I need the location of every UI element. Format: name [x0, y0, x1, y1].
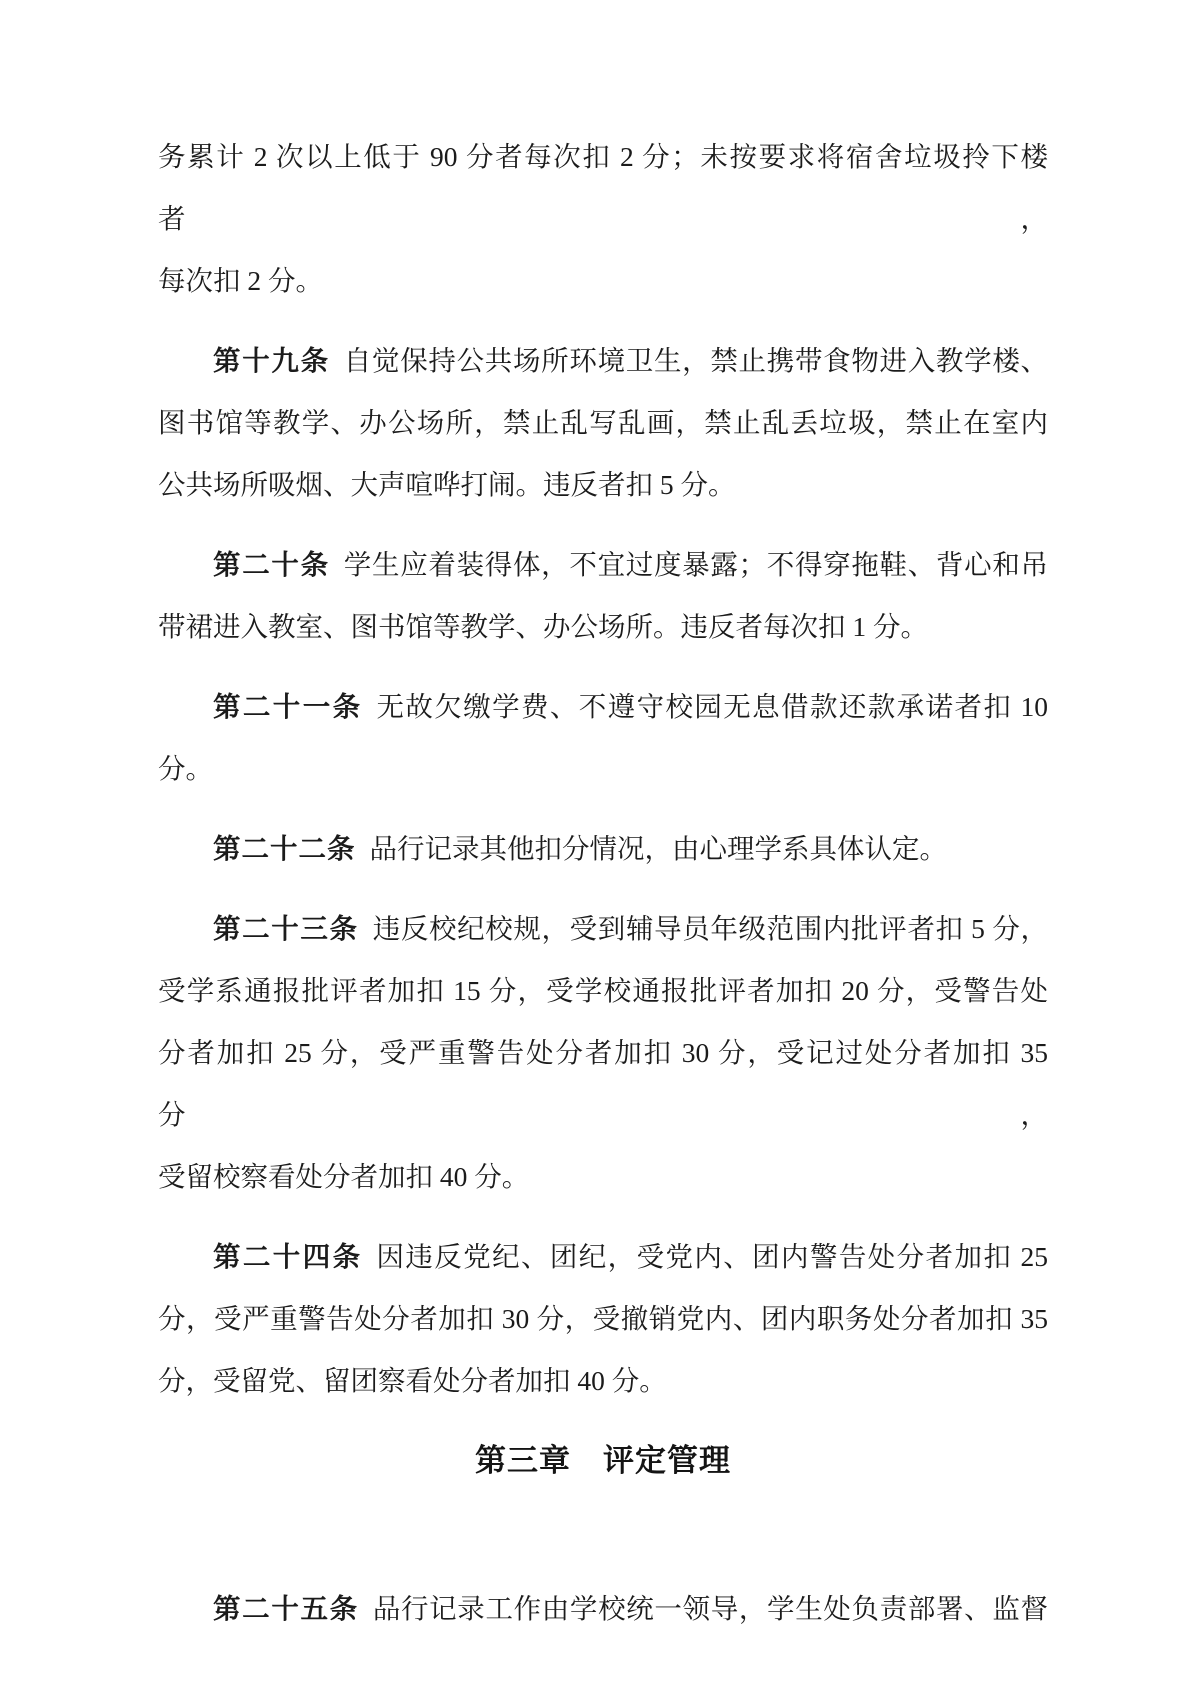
paragraph: 第二十三条违反校纪校规，受到辅导员年级范围内批评者扣 5 分，受学系通报批评者加… — [158, 898, 1048, 1208]
text-line: 第二十四条因违反党纪、团纪，受党内、团内警告处分者加扣 25 — [158, 1226, 1048, 1288]
article-number-label: 第二十五条 — [213, 1593, 359, 1624]
text-line: 带裙进入教室、图书馆等教学、办公场所。违反者每次扣 1 分。 — [158, 596, 1048, 658]
article-number-label: 第二十条 — [213, 549, 330, 580]
text-line: 公共场所吸烟、大声喧哗打闹。违反者扣 5 分。 — [158, 454, 1048, 516]
chapter-heading: 第三章 评定管理 — [158, 1430, 1048, 1492]
article-number-label: 第十九条 — [213, 345, 330, 376]
text-line: 分，受留党、留团察看处分者加扣 40 分。 — [158, 1350, 1048, 1412]
paragraph: 第十九条自觉保持公共场所环境卫生，禁止携带食物进入教学楼、图书馆等教学、办公场所… — [158, 330, 1048, 516]
paragraph: 第二十条学生应着装得体，不宜过度暴露；不得穿拖鞋、背心和吊带裙进入教室、图书馆等… — [158, 534, 1048, 658]
text-line: 每次扣 2 分。 — [158, 250, 1048, 312]
paragraph: 第二十二条品行记录其他扣分情况，由心理学系具体认定。 — [158, 818, 1048, 880]
text-line: 第二十条学生应着装得体，不宜过度暴露；不得穿拖鞋、背心和吊 — [158, 534, 1048, 596]
text-line: 分者加扣 25 分，受严重警告处分者加扣 30 分，受记过处分者加扣 35 分， — [158, 1022, 1048, 1146]
section-evaluation-management: 第二十五条品行记录工作由学校统一领导，学生处负责部署、监督 — [158, 1578, 1048, 1640]
text-line: 第二十一条无故欠缴学费、不遵守校园无息借款还款承诺者扣 10 — [158, 676, 1048, 738]
text-line: 第二十三条违反校纪校规，受到辅导员年级范围内批评者扣 5 分， — [158, 898, 1048, 960]
text-line: 受留校察看处分者加扣 40 分。 — [158, 1146, 1048, 1208]
article-number-label: 第二十一条 — [213, 691, 363, 722]
article-number-label: 第二十四条 — [213, 1241, 363, 1272]
document-page: 务累计 2 次以上低于 90 分者每次扣 2 分；未按要求将宿舍垃圾拎下楼者，每… — [0, 0, 1191, 1684]
text-line: 第十九条自觉保持公共场所环境卫生，禁止携带食物进入教学楼、 — [158, 330, 1048, 392]
paragraph: 第二十五条品行记录工作由学校统一领导，学生处负责部署、监督 — [158, 1578, 1048, 1640]
text-line: 第二十二条品行记录其他扣分情况，由心理学系具体认定。 — [158, 818, 1048, 880]
document-content: 务累计 2 次以上低于 90 分者每次扣 2 分；未按要求将宿舍垃圾拎下楼者，每… — [158, 126, 1048, 1658]
paragraph: 第二十一条无故欠缴学费、不遵守校园无息借款还款承诺者扣 10分。 — [158, 676, 1048, 800]
text-line: 分，受严重警告处分者加扣 30 分，受撤销党内、团内职务处分者加扣 35 — [158, 1288, 1048, 1350]
paragraph: 第二十四条因违反党纪、团纪，受党内、团内警告处分者加扣 25分，受严重警告处分者… — [158, 1226, 1048, 1412]
paragraph: 务累计 2 次以上低于 90 分者每次扣 2 分；未按要求将宿舍垃圾拎下楼者，每… — [158, 126, 1048, 312]
section-deduction-rules: 务累计 2 次以上低于 90 分者每次扣 2 分；未按要求将宿舍垃圾拎下楼者，每… — [158, 126, 1048, 1412]
text-line: 受学系通报批评者加扣 15 分，受学校通报批评者加扣 20 分，受警告处 — [158, 960, 1048, 1022]
text-line: 分。 — [158, 738, 1048, 800]
text-line: 图书馆等教学、办公场所，禁止乱写乱画，禁止乱丢垃圾，禁止在室内 — [158, 392, 1048, 454]
text-line: 务累计 2 次以上低于 90 分者每次扣 2 分；未按要求将宿舍垃圾拎下楼者， — [158, 126, 1048, 250]
article-number-label: 第二十二条 — [213, 833, 356, 864]
article-number-label: 第二十三条 — [213, 913, 359, 944]
text-line: 第二十五条品行记录工作由学校统一领导，学生处负责部署、监督 — [158, 1578, 1048, 1640]
